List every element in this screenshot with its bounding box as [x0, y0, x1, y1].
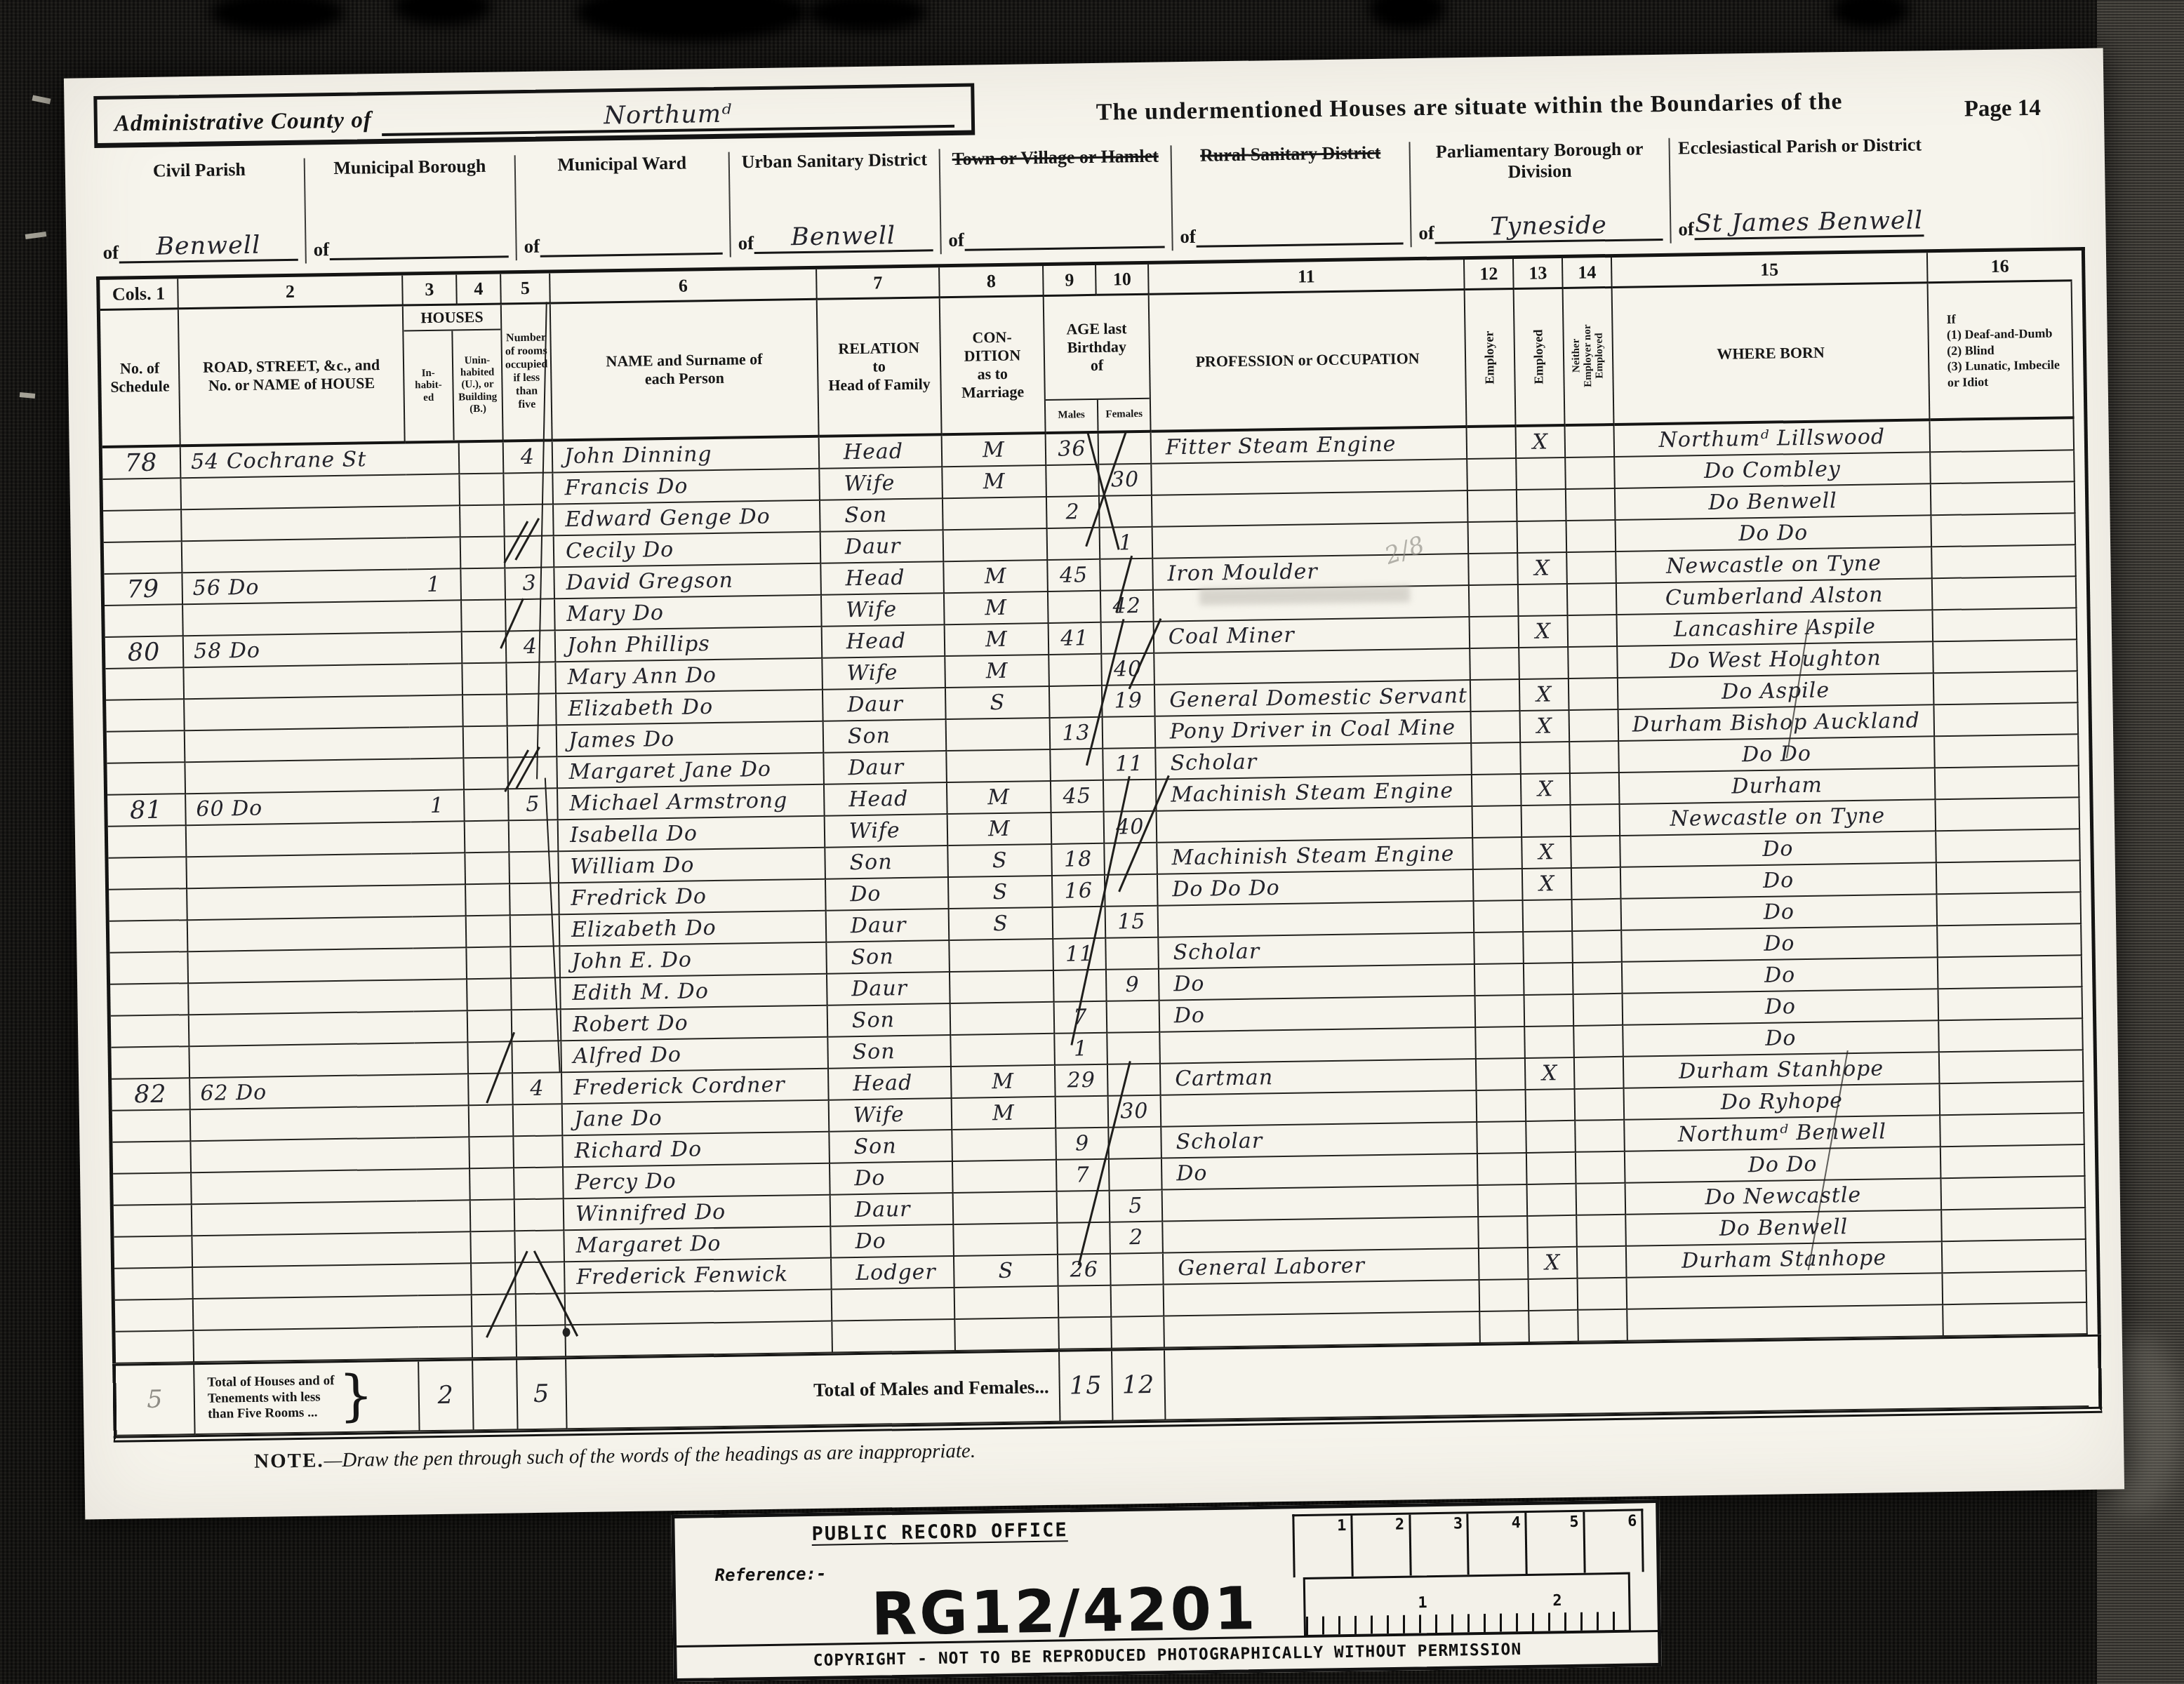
handwritten-entry: 4	[530, 1076, 545, 1101]
cell-rooms	[508, 726, 558, 758]
cell-occ	[1160, 1028, 1477, 1064]
cell-road	[181, 475, 406, 510]
cell-rel: Son	[820, 499, 944, 533]
cell-cond: M	[947, 782, 1052, 815]
col-number: 16	[1928, 250, 2072, 283]
cell-neither	[1567, 521, 1617, 553]
cell-m: 45	[1051, 781, 1105, 813]
header-condition: CON- DITION as to Marriage	[940, 297, 1046, 436]
cell-rel: Lodger	[832, 1257, 955, 1290]
col-number: 3	[403, 274, 458, 306]
cell-born: Durham Stanhope	[1624, 1052, 1940, 1089]
handwritten-entry: John Phillips	[567, 631, 710, 658]
handwritten-entry: Do Ryhope	[1721, 1088, 1844, 1115]
cell-road: 62 Do	[190, 1075, 415, 1110]
cell-infirm	[1940, 1114, 2085, 1147]
cell-born: Newcastle on Tyne	[1620, 800, 1937, 836]
handwritten-entry: Elizabeth Do	[568, 695, 713, 721]
handwritten-entry: Durham	[1731, 773, 1823, 799]
cell-inh	[406, 506, 461, 538]
handwritten-entry: Do Benwell	[1708, 488, 1837, 515]
cell-born: Do Do	[1619, 737, 1936, 773]
cell-f: 1	[1100, 528, 1154, 560]
cell-occ: Do	[1159, 965, 1476, 1001]
cell-uninh	[465, 789, 510, 822]
cell-name: Jane Do	[563, 1101, 830, 1137]
cell-neither	[1575, 1057, 1625, 1090]
handwritten-entry: Winnifred Do	[575, 1200, 726, 1227]
cell-occ: Fitter Steam Engine	[1152, 428, 1468, 465]
cell-rooms	[511, 915, 561, 947]
cell-occ	[1163, 1186, 1479, 1222]
cell-occ	[1163, 1217, 1479, 1254]
cell-occ	[1164, 1281, 1481, 1317]
handwritten-entry: Do Do Do	[1172, 876, 1280, 902]
col-number: 9	[1044, 265, 1097, 297]
cell-neither	[1578, 1247, 1627, 1279]
handwritten-entry: Scholar	[1176, 1128, 1263, 1154]
district-value: Benwell	[791, 222, 896, 251]
cell-uninh	[462, 600, 507, 632]
handwritten-entry: Alfred Do	[573, 1043, 681, 1069]
cell-cond: S	[948, 845, 1053, 878]
cell-uninh	[471, 1200, 516, 1232]
cell-neither	[1574, 994, 1624, 1027]
cell-inh	[410, 727, 465, 759]
cell-uninh	[468, 1010, 513, 1043]
cell-born: Do Aspile	[1618, 674, 1935, 710]
cell-rel: Do	[831, 1225, 954, 1259]
cell-employed: X	[1518, 553, 1568, 585]
cell-occ	[1154, 586, 1470, 622]
cell-uninh	[466, 884, 511, 916]
cell-rel: Son	[828, 1004, 952, 1038]
cell-f	[1100, 559, 1154, 592]
cell-rel: Head	[823, 625, 946, 659]
cell-cond	[953, 1161, 1058, 1194]
cell-name: John Dinning	[553, 438, 820, 474]
cell-rooms: 4	[513, 1073, 563, 1105]
cell-infirm	[1937, 893, 2082, 926]
cell-occ: Scholar	[1159, 933, 1475, 970]
cell-inh	[407, 537, 462, 570]
handwritten-entry: 26	[1070, 1257, 1098, 1283]
cell-born: Do	[1621, 863, 1938, 900]
cell-uninh	[460, 505, 505, 537]
cell-neither	[1566, 457, 1616, 490]
handwritten-entry: Frederick Cordner	[573, 1073, 785, 1100]
cell-f	[1109, 1128, 1162, 1160]
cell-occ: Pony Driver in Coal Mine	[1156, 712, 1472, 749]
cell-rel: Daur	[821, 530, 945, 564]
handwritten-entry: Do	[1176, 1161, 1208, 1187]
census-grid: Cols. 1 2 3 4 5 6 7 8 9 10 11 12 13 14 1…	[96, 247, 2101, 1364]
cell-road	[189, 1012, 415, 1047]
cell-rel: Do	[830, 1162, 954, 1196]
handwritten-entry: Mary Ann Do	[567, 663, 717, 690]
header-age: AGE last Birthday of	[1044, 295, 1150, 399]
cell-name: Mary Do	[555, 596, 823, 631]
of-label: of	[1180, 226, 1196, 248]
cell-inh	[415, 1137, 470, 1170]
cell-road	[182, 538, 408, 573]
cell-m: 7	[1055, 1002, 1108, 1034]
cell-m	[1049, 655, 1103, 687]
handwritten-entry: 15	[1117, 909, 1146, 935]
cell-employed: X	[1522, 837, 1572, 869]
cell-f: 2	[1110, 1222, 1164, 1255]
header-road: ROAD, STREET, &c., and No. or NAME of HO…	[179, 307, 406, 448]
cell-name: Frederick Cordner	[562, 1069, 830, 1105]
cell-road	[194, 1328, 419, 1363]
handwritten-entry: X	[1536, 714, 1552, 738]
cell-name: Margaret Do	[564, 1227, 832, 1263]
cell-inh	[408, 664, 463, 696]
cell-road	[185, 759, 411, 794]
cell-m: 7	[1057, 1160, 1110, 1192]
cell-neither	[1570, 710, 1620, 742]
ruler-inch-mark: 2	[1352, 1515, 1411, 1577]
handwritten-entry: 40	[1116, 815, 1145, 840]
handwritten-entry: Son	[849, 850, 892, 875]
cell-rooms	[517, 1294, 566, 1326]
cell-uninh	[462, 663, 507, 695]
handwritten-entry: 3	[522, 571, 537, 596]
cell-s	[108, 857, 187, 890]
handwritten-entry: S	[992, 880, 1008, 904]
cell-neither	[1576, 1152, 1626, 1184]
cell-f: 30	[1109, 1096, 1162, 1128]
handwritten-entry: 18	[1064, 847, 1093, 872]
handwritten-entry: 1	[1119, 530, 1133, 555]
cell-inh	[408, 601, 462, 633]
handwritten-entry: Durham Stanhope	[1679, 1056, 1884, 1083]
handwritten-entry: Pony Driver in Coal Mine	[1170, 715, 1456, 744]
cell-employed: X	[1519, 616, 1569, 648]
handwritten-entry: Head	[844, 439, 904, 465]
cell-s: 81	[107, 794, 187, 827]
cell-inh	[417, 1232, 472, 1264]
handwritten-entry: 2	[1129, 1225, 1144, 1250]
cell-inh	[413, 916, 467, 949]
cell-cond: S	[946, 687, 1051, 720]
cell-name: John Phillips	[556, 627, 823, 663]
cell-uninh	[470, 1105, 514, 1137]
cell-name: William Do	[559, 848, 826, 884]
cell-born: Do Do	[1616, 516, 1933, 552]
cell-inh: 1	[407, 569, 462, 601]
cell-rel: Wife	[823, 657, 946, 690]
cell-f: 5	[1110, 1191, 1164, 1223]
cell-f	[1107, 1001, 1161, 1034]
cell-inh	[418, 1327, 473, 1359]
ruler-cm-mark: 2	[1552, 1592, 1562, 1610]
cell-inh	[412, 885, 467, 917]
cell-name: Percy Do	[564, 1164, 831, 1200]
cell-road	[191, 1138, 416, 1173]
cell-infirm	[1933, 577, 2077, 610]
totals-inhabited: 2	[419, 1361, 474, 1431]
handwritten-entry: General Domestic Servant	[1169, 683, 1467, 712]
cell-rel: Wife	[830, 1099, 953, 1132]
cell-neither	[1567, 552, 1617, 584]
header-rooms: Number of rooms occupied if less than fi…	[502, 304, 553, 442]
cell-s	[113, 1173, 192, 1206]
cell-infirm	[1934, 703, 2079, 737]
cell-m	[1059, 1318, 1112, 1350]
handwritten-entry: Do West Houghton	[1669, 646, 1882, 673]
cell-uninh	[470, 1137, 514, 1169]
cell-m	[1054, 970, 1107, 1003]
handwritten-entry: M	[992, 1101, 1015, 1125]
cell-neither	[1578, 1310, 1628, 1342]
col-number: 15	[1612, 253, 1929, 288]
cell-rooms	[517, 1325, 566, 1358]
handwritten-entry: 36	[1058, 436, 1086, 462]
cell-uninh	[469, 1074, 514, 1106]
handwritten-entry: Son	[851, 944, 893, 970]
district-parliamentary-borough: Parliamentary Borough or Division of Tyn…	[1410, 138, 1671, 247]
cell-employed	[1522, 806, 1572, 838]
handwritten-entry: Do Newcastle	[1705, 1183, 1861, 1210]
cell-name: James Do	[557, 722, 825, 758]
cell-neither	[1569, 615, 1618, 648]
cell-rooms	[506, 599, 556, 631]
cell-rooms	[505, 504, 554, 537]
cell-born: Do Ryhope	[1625, 1084, 1941, 1121]
cell-cond: M	[943, 434, 1047, 467]
cell-s	[114, 1268, 194, 1301]
cell-s	[108, 826, 187, 859]
cell-road	[188, 949, 413, 984]
cell-neither	[1571, 805, 1621, 837]
cell-cond: M	[945, 655, 1050, 688]
cell-f	[1106, 938, 1159, 970]
cell-m: 26	[1058, 1255, 1112, 1287]
handwritten-entry: Francis Do	[564, 474, 688, 501]
cell-rel: Daur	[823, 688, 947, 722]
cell-inh	[418, 1295, 473, 1328]
district-municipal-borough: Municipal Borough of	[305, 155, 517, 263]
cell-road	[184, 664, 409, 700]
header-name: NAME and Surname of each Person	[551, 300, 820, 442]
district-label: Ecclesiastical Parish or District	[1677, 134, 1923, 182]
cell-cond	[951, 1034, 1056, 1067]
handwritten-entry: M	[983, 438, 1005, 462]
cell-neither	[1577, 1184, 1627, 1216]
cell-infirm	[1936, 829, 2081, 863]
cell-name: Alfred Do	[561, 1038, 829, 1074]
handwritten-entry: M	[985, 659, 1008, 683]
header-houses: HOUSES	[404, 305, 501, 331]
cell-born	[1627, 1274, 1944, 1310]
handwritten-entry: 45	[1063, 784, 1091, 809]
cell-rooms	[515, 1231, 565, 1263]
cell-infirm	[1943, 1240, 2087, 1274]
handwritten-entry: Machinish Steam Engine	[1171, 841, 1454, 870]
handwritten-entry: Newcastle on Tyne	[1670, 803, 1885, 831]
cell-employer	[1470, 648, 1520, 681]
cell-rel: Son	[824, 720, 947, 754]
cell-m: 9	[1056, 1128, 1110, 1161]
handwritten-entry: 2	[1065, 500, 1080, 524]
header-neither: Neither Employer nor Employed	[1564, 288, 1615, 427]
cell-employed	[1519, 648, 1569, 680]
cell-road	[185, 728, 411, 763]
handwritten-entry: 42	[1112, 594, 1141, 619]
handwritten-entry: 30	[1111, 467, 1140, 493]
cell-rel	[832, 1288, 956, 1322]
handwritten-entry: Isabella Do	[570, 821, 698, 848]
cell-rel: Head	[829, 1067, 952, 1101]
cell-f	[1107, 1033, 1161, 1065]
handwritten-entry: 81	[130, 796, 163, 824]
cell-inh	[411, 822, 466, 854]
handwritten-entry: John Dinning	[564, 442, 712, 469]
header-uninhabited: Unin- habited (U.), or Building (B.)	[453, 330, 502, 440]
cell-neither	[1568, 584, 1618, 616]
cell-s	[110, 984, 189, 1017]
handwritten-entry: 16	[1064, 878, 1093, 904]
cell-cond: M	[952, 1097, 1057, 1130]
handwritten-entry: 13	[1062, 721, 1091, 746]
cell-infirm	[1939, 1019, 2084, 1052]
cell-cond: M	[948, 813, 1053, 846]
cell-uninh	[472, 1326, 517, 1358]
handwritten-entry: Durham Stanhope	[1682, 1245, 1887, 1273]
ruler-inch-mark: 4	[1469, 1513, 1528, 1575]
ruler-centimetres: 1 2	[1303, 1572, 1631, 1637]
cell-occ: Do	[1160, 996, 1477, 1033]
cell-born: Do Do	[1625, 1147, 1942, 1184]
cell-employed	[1524, 963, 1574, 996]
cell-born: Do	[1620, 831, 1937, 868]
cell-employed: X	[1521, 711, 1571, 743]
cell-infirm	[1933, 640, 2078, 674]
handwritten-entry: 1	[430, 794, 445, 818]
handwritten-entry: X	[1538, 777, 1554, 801]
cell-inh	[414, 1011, 469, 1043]
handwritten-entry: X	[1545, 1250, 1561, 1275]
district-rural-sanitary: Rural Sanitary District of	[1172, 142, 1412, 250]
undermentioned-houses-title: The undermentioned Houses are situate wi…	[974, 69, 1964, 128]
cell-s	[109, 921, 189, 954]
ruler-cm-mark: 1	[1418, 1594, 1427, 1612]
cell-s	[104, 542, 183, 575]
cell-infirm	[1940, 1050, 2084, 1084]
cell-born	[1627, 1305, 1944, 1342]
note-text: —Draw the pen through such of the words …	[324, 1440, 976, 1472]
cell-occ: Scholar	[1156, 744, 1472, 780]
cell-f	[1103, 717, 1157, 749]
cell-inh	[415, 1074, 470, 1107]
cell-occ: Coal Miner	[1154, 617, 1471, 654]
cell-rel	[832, 1320, 956, 1354]
handwritten-entry: Northumᵈ Benwell	[1678, 1119, 1887, 1147]
cell-born: Durham Bishop Auckland	[1619, 705, 1936, 742]
cell-uninh	[471, 1231, 516, 1264]
of-label: of	[102, 242, 119, 264]
handwritten-entry: Do	[1765, 1026, 1797, 1051]
handwritten-entry: M	[985, 627, 1008, 652]
cell-neither	[1566, 489, 1616, 521]
cell-neither	[1569, 679, 1619, 711]
cell-occ: Do Do Do	[1158, 870, 1474, 907]
handwritten-entry: 19	[1114, 688, 1143, 714]
cell-cond	[955, 1287, 1060, 1320]
cell-rel: Daur	[824, 751, 947, 785]
handwritten-entry: 58 Do	[194, 639, 260, 664]
cell-rel: Head	[825, 783, 948, 817]
cell-m: 2	[1047, 497, 1100, 529]
col-number: 12	[1465, 259, 1514, 290]
handwritten-entry: 9	[1125, 973, 1140, 997]
cell-m	[1059, 1286, 1112, 1318]
cell-neither	[1577, 1215, 1627, 1248]
cell-rooms	[511, 947, 561, 979]
cell-f	[1105, 843, 1158, 876]
handwritten-entry: Do Do	[1748, 1152, 1818, 1177]
cell-cond	[944, 529, 1048, 562]
col-number: 14	[1563, 258, 1613, 289]
cell-cond: M	[945, 624, 1050, 657]
cell-cond	[954, 1224, 1058, 1257]
cell-infirm	[1940, 1082, 2084, 1116]
cell-inh	[414, 1043, 469, 1075]
cell-m	[1052, 813, 1105, 845]
cell-employer	[1476, 996, 1526, 1028]
cell-road	[182, 507, 407, 542]
district-label: Municipal Ward	[523, 152, 722, 200]
census-table: Cols. 1 2 3 4 5 6 7 8 9 10 11 12 13 14 1…	[96, 247, 2102, 1443]
handwritten-entry: Daur	[851, 913, 907, 938]
handwritten-entry: Iron Moulder	[1167, 559, 1318, 586]
cell-occ	[1157, 807, 1474, 843]
col-number: 11	[1149, 260, 1465, 295]
district-civil-parish: Civil Parish of Benwell	[95, 159, 307, 267]
handwritten-entry: 29	[1067, 1068, 1096, 1093]
cell-born: Do	[1622, 926, 1938, 963]
district-town-village-hamlet: Town or Village or Hamlet of	[940, 145, 1173, 254]
cell-s: 79	[104, 573, 183, 606]
cell-rooms	[510, 852, 559, 884]
handwritten-entry: Wife	[846, 597, 897, 622]
handwritten-entry: Elizabeth Do	[571, 916, 717, 942]
cell-employed	[1528, 1184, 1578, 1217]
cell-occ	[1159, 902, 1475, 938]
cell-employer	[1480, 1280, 1530, 1312]
cell-employer	[1477, 1090, 1527, 1123]
of-label: of	[948, 229, 964, 251]
cell-neither	[1571, 773, 1620, 806]
cell-born: Durham	[1620, 768, 1936, 805]
cell-uninh	[460, 442, 505, 474]
cell-occ	[1164, 1312, 1481, 1349]
cell-road	[192, 1233, 418, 1268]
handwritten-entry: Robert Do	[573, 1011, 688, 1037]
handwritten-entry: 41	[1060, 626, 1089, 651]
handwritten-entry: X	[1539, 871, 1555, 896]
cell-employed	[1517, 490, 1567, 522]
cell-born: Do Combley	[1615, 453, 1931, 489]
handwritten-entry: Fredrick Do	[571, 884, 707, 911]
cell-infirm	[1938, 956, 2083, 989]
cell-name: Frederick Fenwick	[565, 1259, 832, 1295]
cell-infirm	[1930, 419, 2075, 453]
cell-road	[185, 696, 410, 731]
cell-cond	[947, 750, 1051, 783]
cell-infirm	[1943, 1271, 2087, 1305]
